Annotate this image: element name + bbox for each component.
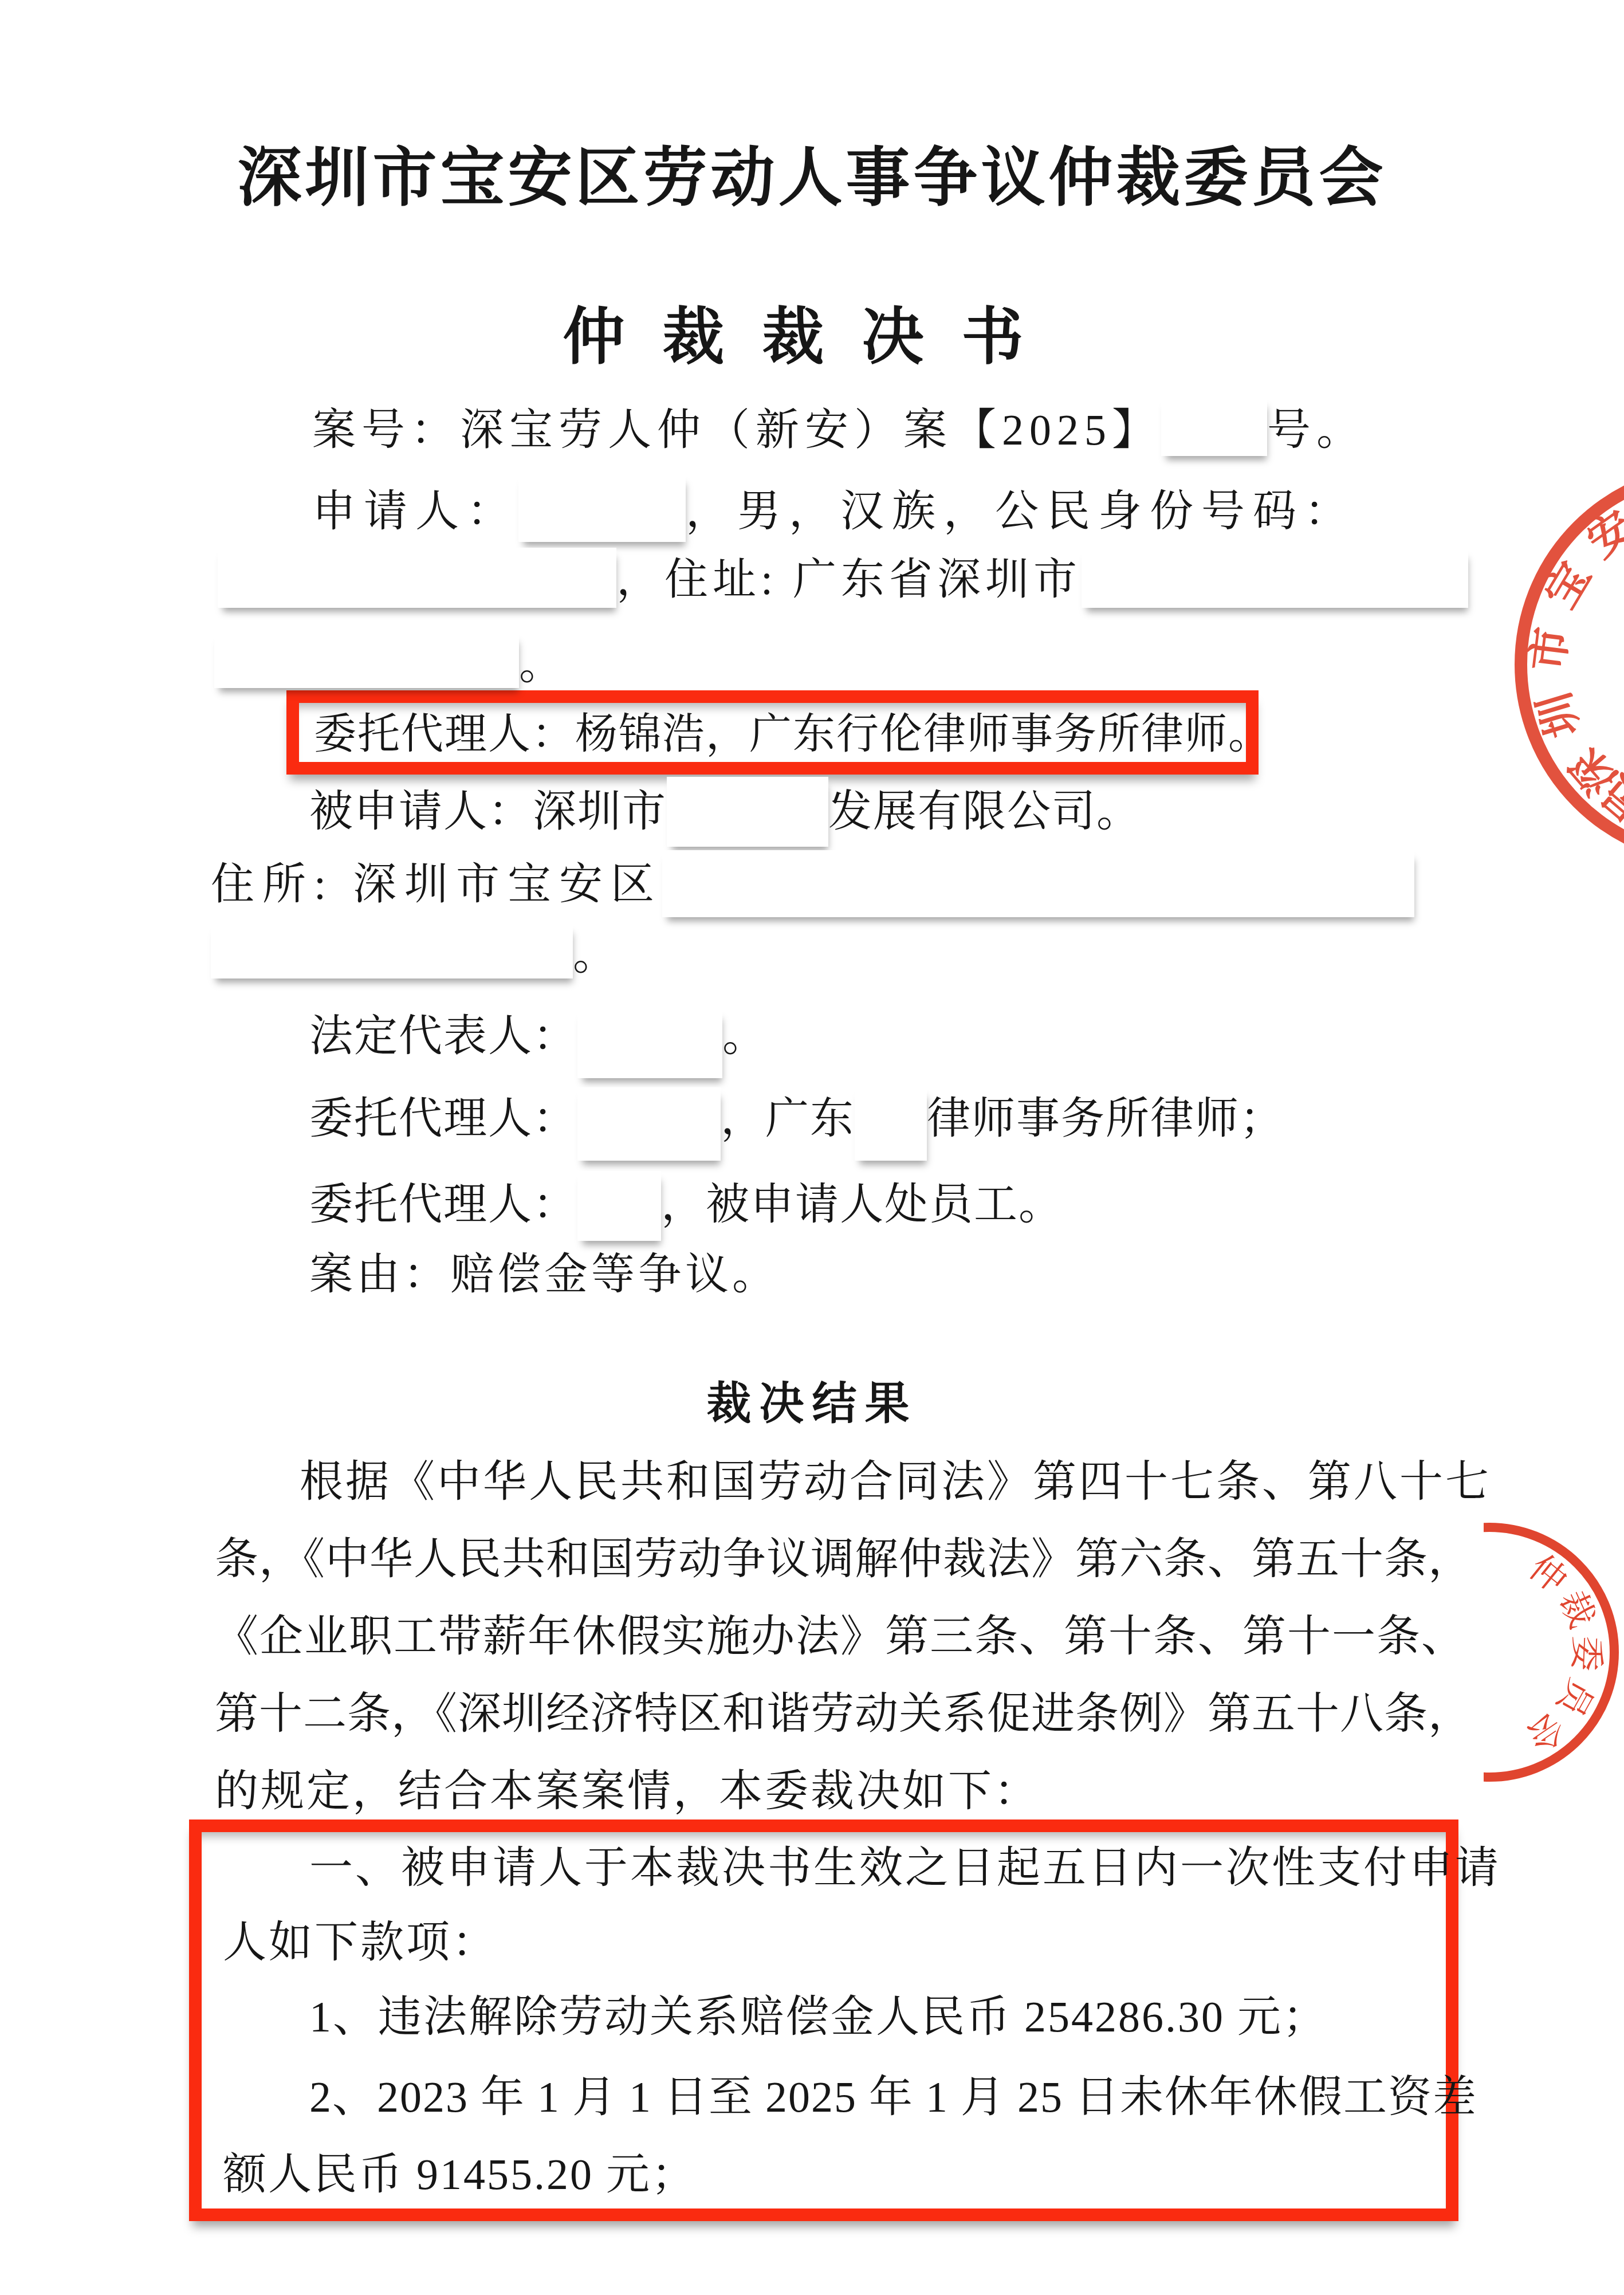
applicant-address-line: ，住址: 广东省深圳市 bbox=[218, 548, 1468, 608]
award-line-2: 人如下款项： bbox=[223, 1918, 498, 1968]
body-line-2: 条，《中华人民共和国劳动争议调解仲裁法》第六条、第五十条， bbox=[215, 1535, 1472, 1585]
arbitration-document-page: 深圳市宝安区劳动人事争议仲裁委员会 仲裁裁决书 案号：深宝劳人仲（新安）案【20… bbox=[0, 0, 1624, 2295]
agent1-suffix: 律师事务所律师； bbox=[927, 1095, 1284, 1143]
body-line-1: 根据《中华人民共和国劳动合同法》第四十七条、第八十七 bbox=[300, 1457, 1491, 1507]
document-title-committee: 深圳市宝安区劳动人事争议仲裁委员会 bbox=[238, 142, 1387, 216]
agent2-label: 委托代理人： bbox=[309, 1181, 577, 1229]
award-line-1: 一、被申请人于本裁决书生效之日起五日内一次性支付申请 bbox=[309, 1844, 1501, 1893]
respondent-prefix: 被申请人：深圳市 bbox=[309, 788, 667, 836]
applicant-line: 申请人：，男，汉族，公民身份号码： bbox=[312, 474, 1356, 542]
legal-rep-label: 法定代表人： bbox=[309, 1012, 577, 1060]
residence-prefix: 住所: 深圳市宝安区 bbox=[211, 860, 662, 909]
agent1-label: 委托代理人： bbox=[309, 1095, 577, 1143]
redaction-box-lawfirm-name bbox=[855, 1087, 927, 1161]
agent1-mid: ，广东 bbox=[721, 1095, 855, 1143]
section-heading-award-result: 裁决结果 bbox=[706, 1378, 917, 1430]
case-number-line: 案号：深宝劳人仲（新安）案【2025】号。 bbox=[312, 398, 1366, 456]
case-number-suffix: 号。 bbox=[1267, 406, 1366, 454]
respondent-suffix: 发展有限公司。 bbox=[828, 788, 1141, 836]
residence-continuation-line: 。 bbox=[211, 923, 616, 980]
applicant-info: ，男，汉族，公民身份号码： bbox=[686, 488, 1356, 536]
award-line-4: 2、2023 年 1 月 1 日至 2025 年 1 月 25 日未休年休假工资… bbox=[309, 2073, 1477, 2123]
period: 。 bbox=[519, 640, 563, 689]
redaction-box-company-address-2 bbox=[211, 923, 573, 978]
redaction-box-applicant-name bbox=[518, 474, 686, 542]
residence-line: 住所: 深圳市宝安区 bbox=[211, 850, 1414, 917]
stamp-svg: 仲裁委员会 bbox=[1484, 1492, 1624, 1813]
redaction-box-legal-rep-name bbox=[577, 1009, 722, 1078]
respondent-agent2-line: 委托代理人：，被申请人处员工。 bbox=[309, 1171, 1063, 1241]
official-stamp-bottom-right: 仲裁委员会 bbox=[1484, 1492, 1624, 1813]
period: 。 bbox=[573, 931, 616, 979]
period: 。 bbox=[722, 1012, 767, 1060]
document-title-award: 仲裁裁决书 bbox=[563, 302, 1061, 374]
redaction-box-address bbox=[1082, 549, 1468, 608]
award-line-5: 额人民币 91455.20 元； bbox=[223, 2150, 697, 2200]
respondent-agent1-line: 委托代理人：，广东律师事务所律师； bbox=[309, 1087, 1284, 1161]
attorney-highlight-line: 委托代理人：杨锦浩，广东行伦律师事务所律师。 bbox=[314, 710, 1272, 759]
address-continuation-line: 。 bbox=[214, 633, 563, 690]
address-text: ，住址: 广东省深圳市 bbox=[616, 556, 1082, 604]
award-line-3: 1、违法解除劳动关系赔偿金人民币 254286.30 元； bbox=[309, 1993, 1328, 2042]
applicant-label: 申请人： bbox=[312, 488, 518, 536]
respondent-line: 被申请人：深圳市发展有限公司。 bbox=[309, 777, 1141, 847]
official-stamp-top-right: 深圳市宝安区劳动人事争议仲裁委员会 bbox=[1498, 447, 1624, 882]
body-line-3: 《企业职工带薪年休假实施办法》第三条、第十条、第十一条、 bbox=[215, 1612, 1466, 1662]
redaction-box-company-address bbox=[662, 850, 1414, 917]
redaction-box-agent1-name bbox=[577, 1087, 721, 1161]
redaction-box-id-number bbox=[218, 548, 616, 608]
body-line-4: 第十二条，《深圳经济特区和谐劳动关系促进条例》第五十八条， bbox=[215, 1689, 1472, 1739]
redaction-box-agent2-name bbox=[577, 1171, 661, 1241]
body-line-5: 的规定，结合本案案情，本委裁决如下： bbox=[215, 1767, 1040, 1817]
redaction-box-address-2 bbox=[214, 633, 519, 688]
redaction-box-company-name bbox=[667, 777, 828, 847]
legal-representative-line: 法定代表人：。 bbox=[309, 1009, 767, 1078]
case-cause-line: 案由：赔偿金等争议。 bbox=[309, 1250, 779, 1300]
case-number-prefix: 案号：深宝劳人仲（新安）案【2025】 bbox=[312, 406, 1161, 454]
redaction-box-case-number bbox=[1161, 398, 1267, 456]
agent2-suffix: ，被申请人处员工。 bbox=[661, 1181, 1063, 1229]
